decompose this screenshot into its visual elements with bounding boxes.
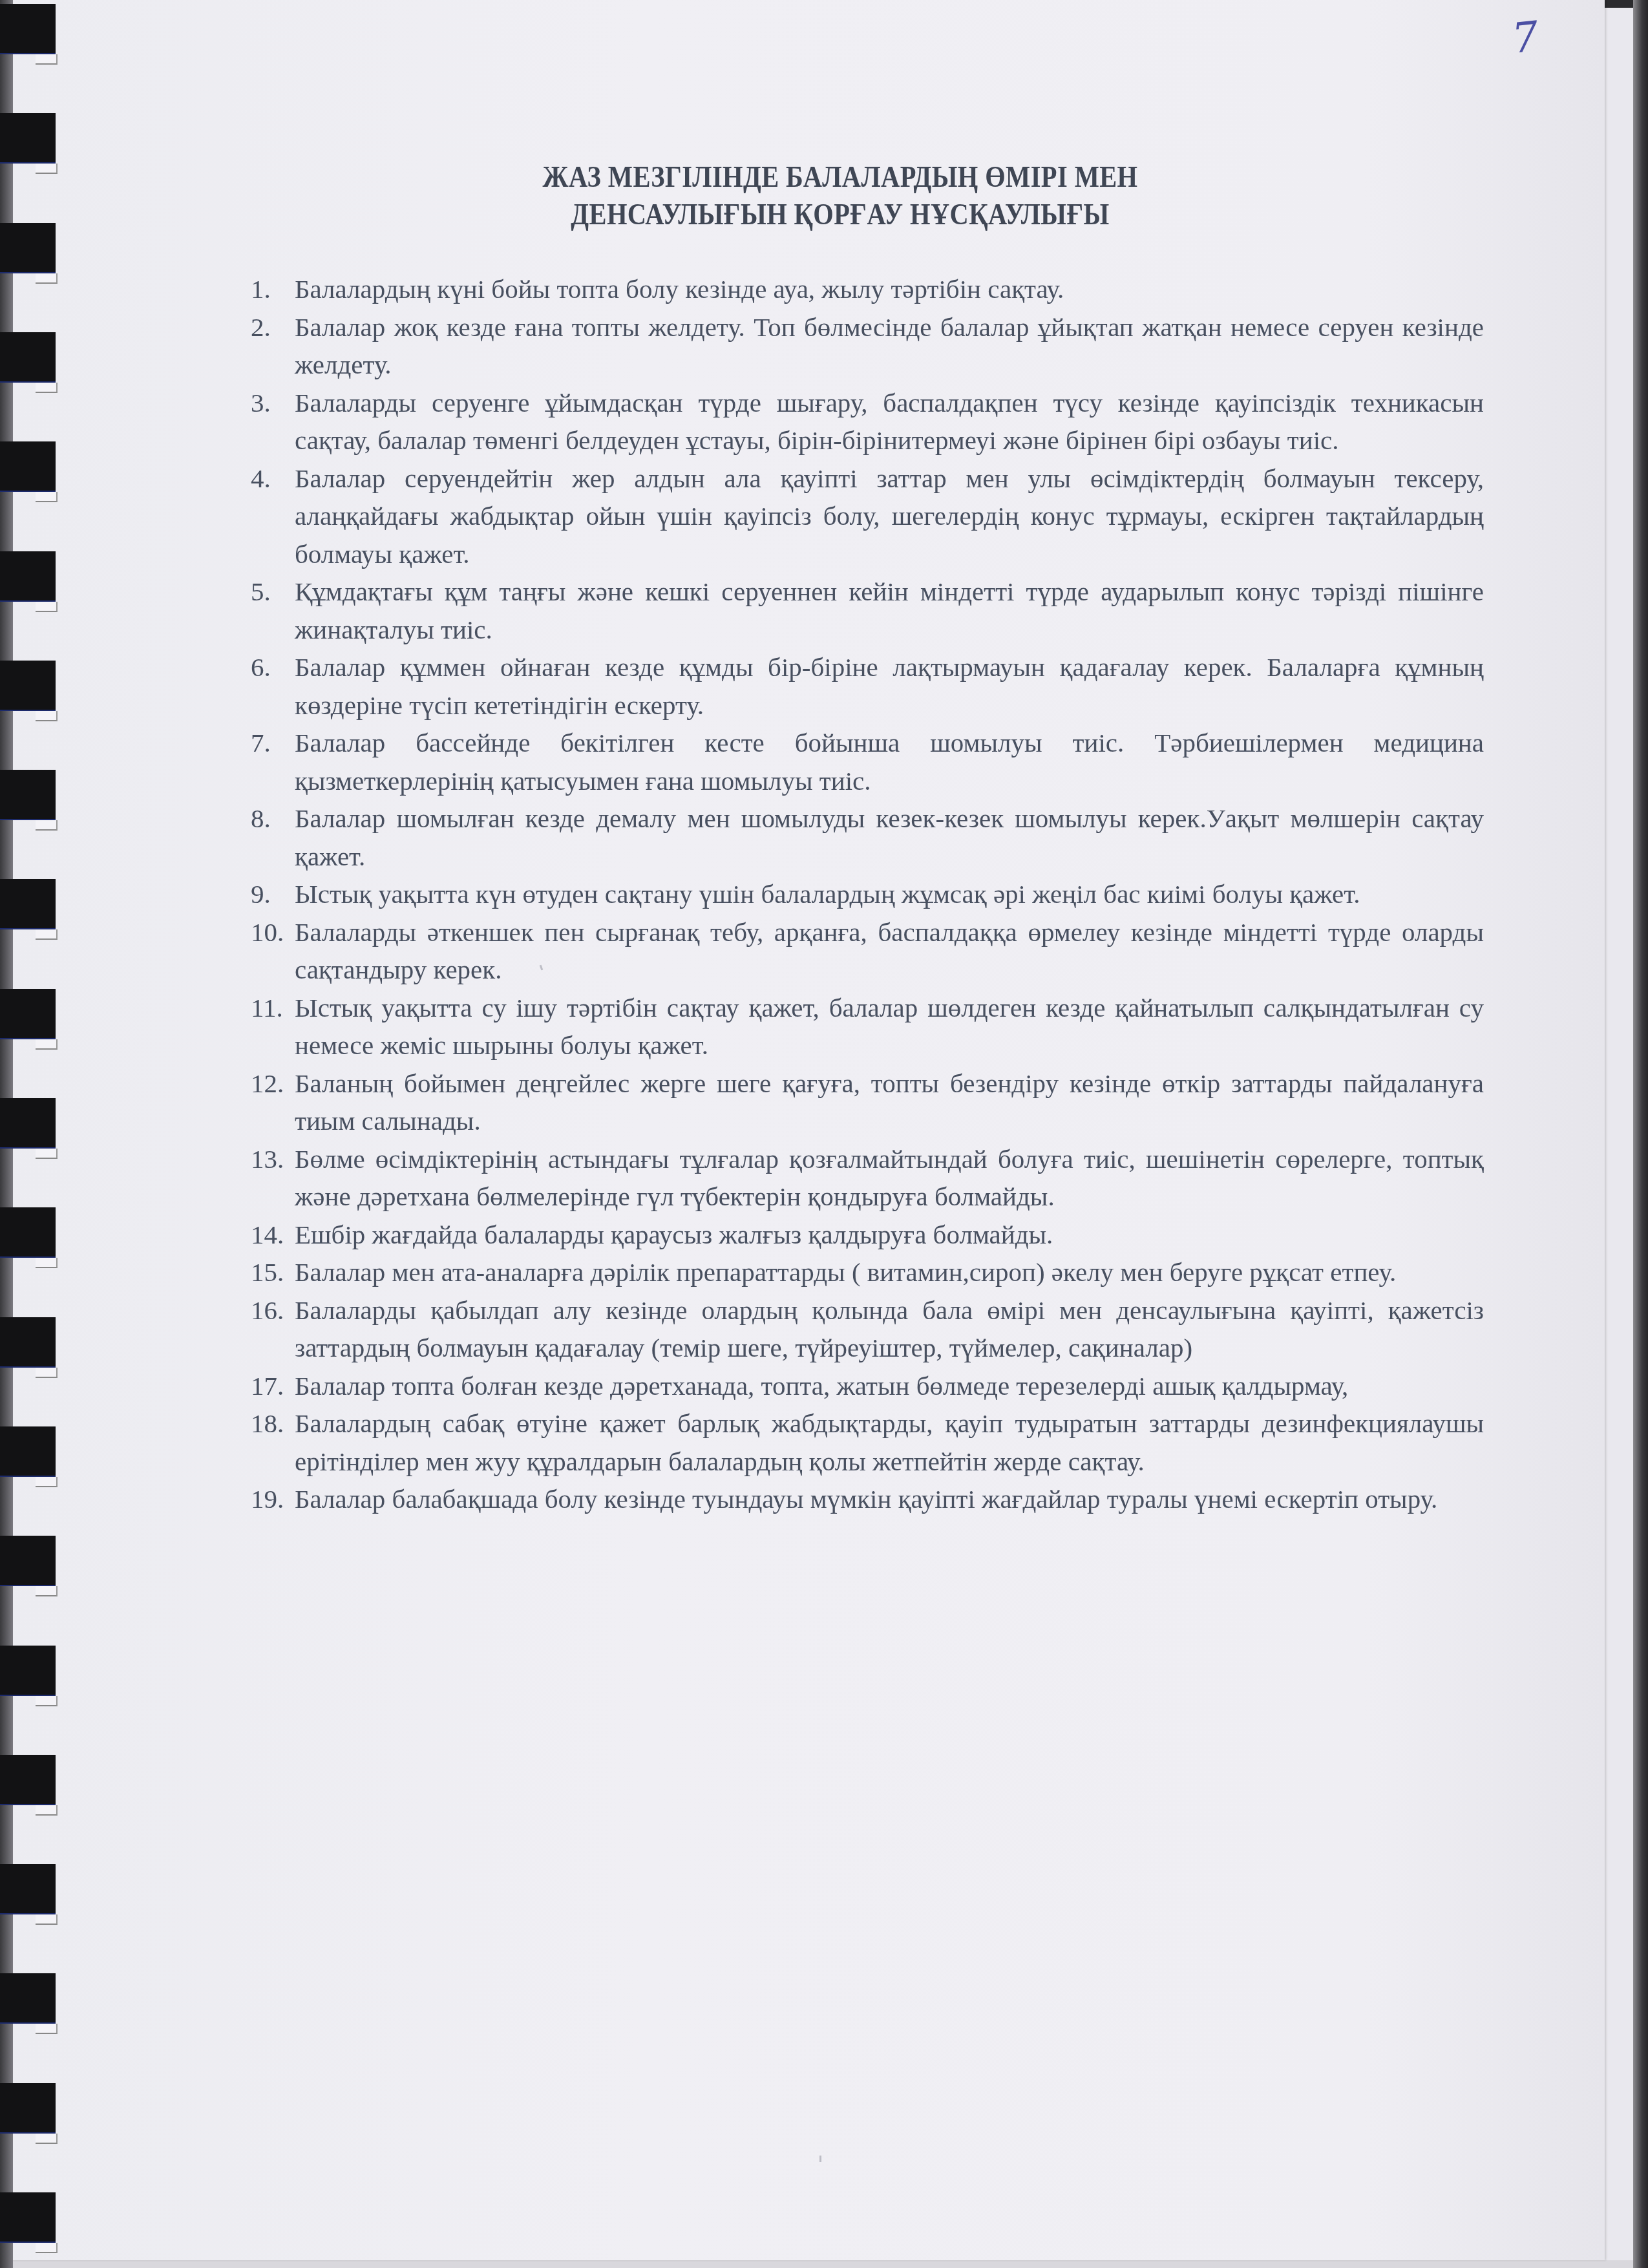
binding-notch	[36, 2024, 58, 2034]
rule-item-16: 16.Балаларды қабылдап алу кезінде оларды…	[251, 1291, 1484, 1367]
binding-notch	[36, 1586, 58, 1596]
binding-notch	[36, 54, 58, 65]
binding-notch	[36, 1914, 58, 1925]
rule-text: Балаларды серуенге ұйымдасқан түрде шыға…	[295, 384, 1484, 460]
rule-number: 10.	[251, 913, 284, 951]
title-line-1: ЖАЗ МЕЗГІЛІНДЕ БАЛАЛАРДЫҢ ӨМІРІ МЕН	[451, 158, 1229, 196]
rule-number: 11.	[251, 989, 283, 1027]
scan-speck	[819, 2156, 821, 2162]
binding-hole	[0, 770, 56, 820]
binding-hole	[0, 661, 56, 711]
rule-item-4: 4.Балалар серуендейтін жер алдын ала қау…	[251, 460, 1484, 573]
rule-text: Ыстық уақытта күн өтуден сақтану үшін ба…	[295, 875, 1484, 913]
rule-text: Балалар балабақшада болу кезінде туындау…	[295, 1480, 1484, 1518]
rule-text: Балалар шомылған кезде демалу мен шомылу…	[295, 800, 1484, 875]
rule-number: 4.	[251, 460, 271, 498]
binding-hole	[0, 1098, 56, 1149]
scanner-shadow	[1633, 0, 1648, 2268]
rule-text: Ешбір жағдайда балаларды қараусыз жалғыз…	[295, 1216, 1484, 1254]
rule-number: 16.	[251, 1291, 284, 1330]
safety-rules-list: 1.Балалардың күні бойы топта болу кезінд…	[251, 270, 1484, 1518]
binding-notch	[36, 1258, 58, 1268]
binding-hole	[0, 879, 56, 929]
binding-hole	[0, 1646, 56, 1696]
document-page: 7 ЖАЗ МЕЗГІЛІНДЕ БАЛАЛАРДЫҢ ӨМІРІ МЕН ДЕ…	[0, 0, 1605, 2260]
title-line-2: ДЕНСАУЛЫҒЫН ҚОРҒАУ НҰСҚАУЛЫҒЫ	[451, 196, 1229, 233]
rule-text: Құмдақтағы құм таңғы және кешкі серуенне…	[295, 573, 1484, 648]
binding-hole	[0, 332, 56, 383]
rule-number: 6.	[251, 648, 271, 686]
binding-hole	[0, 113, 56, 164]
rule-number: 7.	[251, 724, 271, 762]
binding-notch	[36, 1149, 58, 1159]
binding-hole	[0, 2192, 56, 2243]
rule-item-10: 10.Балаларды әткеншек пен сырғанақ тебу,…	[251, 913, 1484, 989]
rule-text: Балалардың сабақ өтуіне қажет барлық жаб…	[295, 1404, 1484, 1480]
rule-item-2: 2.Балалар жоқ кезде ғана топты желдету. …	[251, 308, 1484, 384]
binding-hole	[0, 1973, 56, 2024]
binding-notch	[36, 2134, 58, 2144]
binding-notch	[36, 711, 58, 721]
binding-notch	[36, 1805, 58, 1816]
document-title: ЖАЗ МЕЗГІЛІНДЕ БАЛАЛАРДЫҢ ӨМІРІ МЕН ДЕНС…	[388, 158, 1293, 233]
binding-notch	[36, 383, 58, 393]
binding-hole	[0, 1864, 56, 1914]
rule-item-19: 19.Балалар балабақшада болу кезінде туын…	[251, 1480, 1484, 1518]
binding-notch	[36, 820, 58, 831]
rule-item-1: 1.Балалардың күні бойы топта болу кезінд…	[251, 270, 1484, 308]
binding-hole	[0, 1317, 56, 1368]
rule-number: 17.	[251, 1367, 284, 1405]
binding-notch	[36, 492, 58, 502]
rule-item-3: 3.Балаларды серуенге ұйымдасқан түрде шы…	[251, 384, 1484, 460]
rule-item-12: 12.Баланың бойымен деңгейлес жерге шеге …	[251, 1065, 1484, 1140]
rule-text: Балалар құммен ойнаған кезде құмды бір-б…	[295, 648, 1484, 724]
rule-item-6: 6.Балалар құммен ойнаған кезде құмды бір…	[251, 648, 1484, 724]
binding-notch	[36, 164, 58, 174]
binding-notch	[36, 1696, 58, 1706]
handwritten-page-number: 7	[1510, 13, 1541, 63]
rule-text: Бөлме өсімдіктерінің астындағы тұлғалар …	[295, 1140, 1484, 1216]
binding-hole	[0, 441, 56, 492]
rule-text: Балаларды әткеншек пен сырғанақ тебу, ар…	[295, 913, 1484, 989]
rule-text: Балалар серуендейтін жер алдын ала қауіп…	[295, 460, 1484, 573]
binding-notch	[36, 929, 58, 940]
rule-text: Ыстық уақытта су ішу тәртібін сақтау қаж…	[295, 989, 1484, 1065]
rule-item-8: 8.Балалар шомылған кезде демалу мен шомы…	[251, 800, 1484, 875]
rule-text: Балалар топта болған кезде дәретханада, …	[295, 1367, 1484, 1405]
rule-number: 19.	[251, 1480, 284, 1518]
binding-hole	[0, 223, 56, 273]
binding-hole	[0, 551, 56, 602]
rule-text: Балалар жоқ кезде ғана топты желдету. То…	[295, 308, 1484, 384]
rule-text: Балалардың күні бойы топта болу кезінде …	[295, 270, 1484, 308]
rule-item-13: 13.Бөлме өсімдіктерінің астындағы тұлғал…	[251, 1140, 1484, 1216]
rule-number: 13.	[251, 1140, 284, 1178]
rule-number: 14.	[251, 1216, 284, 1254]
binding-notch	[36, 1477, 58, 1487]
rule-item-15: 15.Балалар мен ата-аналарға дәрілік преп…	[251, 1253, 1484, 1291]
rule-number: 1.	[251, 270, 271, 308]
rule-number: 15.	[251, 1253, 284, 1291]
binding-hole	[0, 1536, 56, 1586]
binding-hole	[0, 1755, 56, 1805]
rule-item-5: 5.Құмдақтағы құм таңғы және кешкі серуен…	[251, 573, 1484, 648]
rule-number: 12.	[251, 1065, 284, 1103]
rule-number: 5.	[251, 573, 271, 611]
rule-number: 3.	[251, 384, 271, 422]
rule-text: Балаларды қабылдап алу кезінде олардың қ…	[295, 1291, 1484, 1367]
rule-text: Баланың бойымен деңгейлес жерге шеге қағ…	[295, 1065, 1484, 1140]
rule-item-9: 9.Ыстық уақытта күн өтуден сақтану үшін …	[251, 875, 1484, 913]
rule-item-17: 17.Балалар топта болған кезде дәретханад…	[251, 1367, 1484, 1405]
binding-notch	[36, 602, 58, 612]
rule-item-11: 11.Ыстық уақытта су ішу тәртібін сақтау …	[251, 989, 1484, 1065]
page-bottom-edge	[0, 2260, 1633, 2268]
rule-text: Балалар мен ата-аналарға дәрілік препара…	[295, 1253, 1484, 1291]
rule-item-14: 14.Ешбір жағдайда балаларды қараусыз жал…	[251, 1216, 1484, 1254]
binding-hole	[0, 4, 56, 54]
rule-item-18: 18.Балалардың сабақ өтуіне қажет барлық …	[251, 1404, 1484, 1480]
binding-hole	[0, 2083, 56, 2134]
rule-number: 9.	[251, 875, 271, 913]
rule-number: 8.	[251, 800, 271, 838]
binding-notch	[36, 2243, 58, 2253]
rule-number: 2.	[251, 308, 271, 346]
binding-notch	[36, 273, 58, 284]
rule-number: 18.	[251, 1404, 284, 1443]
binding-hole	[0, 1426, 56, 1477]
rule-text: Балалар бассейнде бекітілген кесте бойын…	[295, 724, 1484, 800]
rule-item-7: 7.Балалар бассейнде бекітілген кесте бой…	[251, 724, 1484, 800]
binding-hole	[0, 989, 56, 1039]
binding-notch	[36, 1368, 58, 1378]
binding-notch	[36, 1039, 58, 1050]
binding-hole	[0, 1207, 56, 1258]
